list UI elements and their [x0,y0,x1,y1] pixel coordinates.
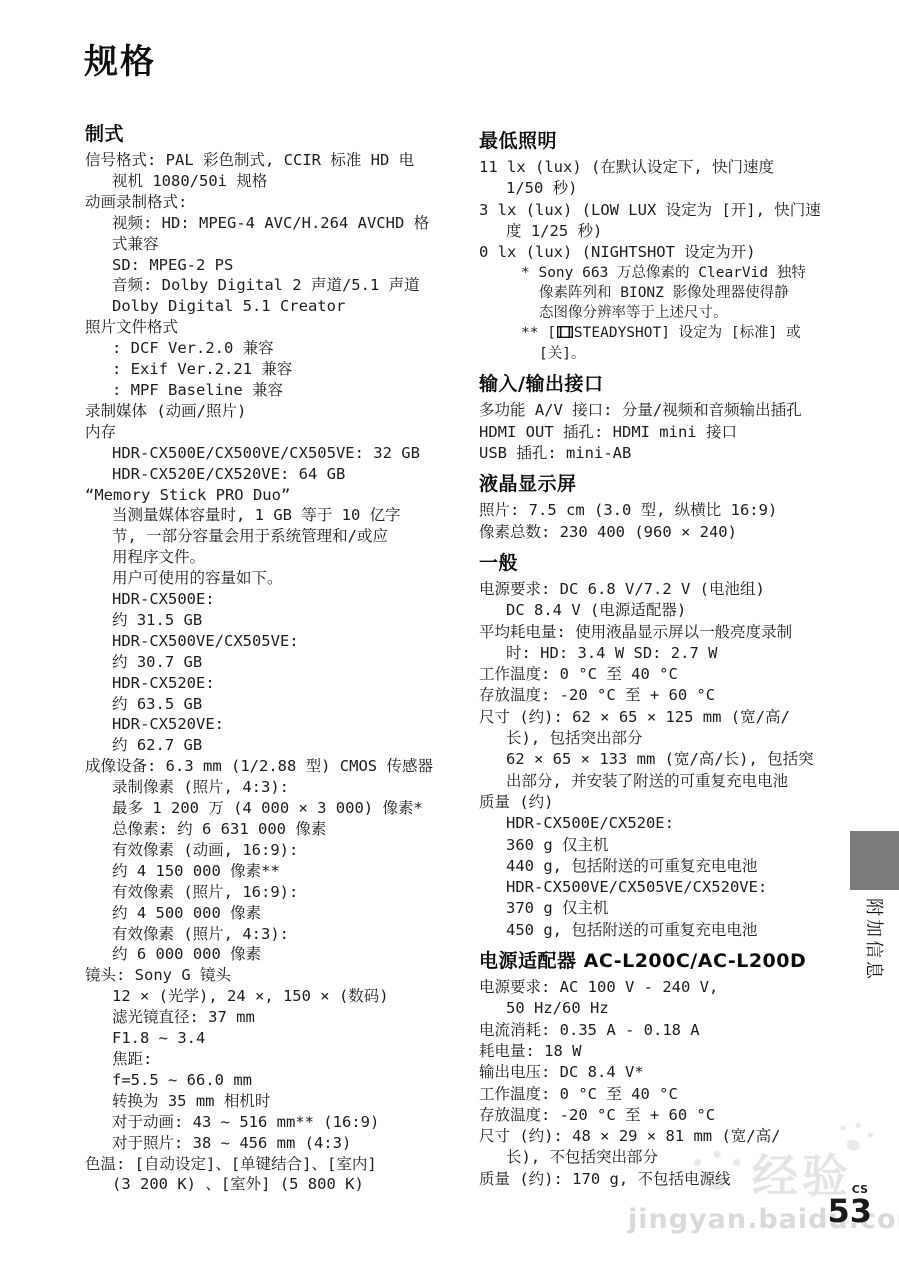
spec-line: 有效像素 (照片, 16:9): [85,882,471,903]
spec-line: HDR-CX500E: [85,589,471,610]
spec-line: HDR-CX500E/CX500VE/CX505VE: 32 GB [85,443,471,464]
spec-line: 信号格式: PAL 彩色制式, CCIR 标准 HD 电 [85,150,471,171]
spec-line: 耗电量: 18 W [479,1041,851,1062]
spec-line: f=5.5 ~ 66.0 mm [85,1070,471,1091]
spec-line: * Sony 663 万总像素的 ClearVid 独特 [479,263,851,283]
spec-line: 约 4 150 000 像素** [85,861,471,882]
spec-line: 3 lx (lux) (LOW LUX 设定为 [开], 快门速 [479,200,851,221]
spec-line: Dolby Digital 5.1 Creator [85,296,471,317]
section-heading: 制式 [85,123,471,146]
spec-line: 对于照片: 38 ~ 456 mm (4:3) [85,1133,471,1154]
spec-line: 焦距: [85,1049,471,1070]
spec-line: 约 62.7 GB [85,735,471,756]
spec-line: 电流消耗: 0.35 A - 0.18 A [479,1020,851,1041]
spec-line: F1.8 ~ 3.4 [85,1028,471,1049]
side-tab-label: 附加信息 [862,898,888,982]
spec-line: 450 g, 包括附送的可重复充电电池 [479,920,851,941]
spec-line: 对于动画: 43 ~ 516 mm** (16:9) [85,1112,471,1133]
spec-line: 视机 1080/50i 规格 [85,171,471,192]
spec-line: 尺寸 (约): 62 × 65 × 125 mm (宽/高/ [479,707,851,728]
section-heading: 一般 [479,552,851,575]
spec-line: 存放温度: -20 °C 至 + 60 °C [479,1105,851,1126]
spec-line: 成像设备: 6.3 mm (1/2.88 型) CMOS 传感器 [85,756,471,777]
page-number: 53 [827,1194,872,1228]
spec-line: 节, 一部分容量会用于系统管理和/或应 [85,526,471,547]
spec-line: 约 30.7 GB [85,652,471,673]
spec-line: 存放温度: -20 °C 至 + 60 °C [479,685,851,706]
spec-line: 用户可使用的容量如下。 [85,568,471,589]
spec-line: 内存 [85,422,471,443]
page-title: 规格 [84,34,156,83]
spec-line: HDR-CX500E/CX520E: [479,813,851,834]
spec-line: (3 200 K) 、[室外] (5 800 K) [85,1174,471,1195]
spec-line: 360 g 仅主机 [479,835,851,856]
spec-line: USB 插孔: mini-AB [479,443,851,464]
spec-line: 像素总数: 230 400 (960 × 240) [479,522,851,543]
spec-line: 平均耗电量: 使用液晶显示屏以一般亮度录制 [479,622,851,643]
spec-line: 370 g 仅主机 [479,898,851,919]
spec-line: 滤光镜直径: 37 mm [85,1007,471,1028]
spec-line: 动画录制格式: [85,192,471,213]
spec-line: “Memory Stick PRO Duo” [85,485,471,506]
spec-line: 约 63.5 GB [85,694,471,715]
spec-line: 50 Hz/60 Hz [479,998,851,1019]
spec-line: 时: HD: 3.4 W SD: 2.7 W [479,643,851,664]
spec-line: 录制像素 (照片, 4:3): [85,777,471,798]
spec-line: 照片: 7.5 cm (3.0 型, 纵横比 16:9) [479,500,851,521]
spec-line: ** [STEADYSHOT] 设定为 [标准] 或 [479,323,851,344]
spec-line: 电源要求: AC 100 V - 240 V, [479,977,851,998]
spec-line: 尺寸 (约): 48 × 29 × 81 mm (宽/高/ [479,1126,851,1147]
specs-left-column: 制式信号格式: PAL 彩色制式, CCIR 标准 HD 电视机 1080/50… [85,123,471,1195]
spec-line: 约 6 000 000 像素 [85,944,471,965]
spec-line: 工作温度: 0 °C 至 40 °C [479,664,851,685]
spec-line: 输出电压: DC 8.4 V* [479,1062,851,1083]
spec-line: 多功能 A/V 接口: 分量/视频和音频输出插孔 [479,400,851,421]
spec-line: 照片文件格式 [85,317,471,338]
spec-line: 式兼容 [85,234,471,255]
spec-line: 1/50 秒) [479,178,851,199]
spec-line: 电源要求: DC 6.8 V/7.2 V (电池组) [479,579,851,600]
spec-line: 62 × 65 × 133 mm (宽/高/长), 包括突 [479,749,851,770]
spec-line: 约 4 500 000 像素 [85,903,471,924]
spec-line: 最多 1 200 万 (4 000 × 3 000) 像素* [85,798,471,819]
spec-line: 0 lx (lux) (NIGHTSHOT 设定为开) [479,242,851,263]
section-heading: 最低照明 [479,130,851,153]
side-tab-marker [850,831,899,890]
spec-line: 质量 (约): 170 g, 不包括电源线 [479,1169,851,1190]
spec-line: 态图像分辨率等于上述尺寸。 [479,303,851,323]
spec-line: 11 lx (lux) (在默认设定下, 快门速度 [479,157,851,178]
section-heading: 液晶显示屏 [479,473,851,496]
spec-line: HDR-CX520E: [85,673,471,694]
spec-line: 长), 不包括突出部分 [479,1147,851,1168]
spec-line: 当测量媒体容量时, 1 GB 等于 10 亿字 [85,505,471,526]
spec-line: [关]。 [479,344,851,364]
spec-line: HDMI OUT 插孔: HDMI mini 接口 [479,422,851,443]
spec-line: 440 g, 包括附送的可重复充电电池 [479,856,851,877]
spec-line: 转换为 35 mm 相机时 [85,1091,471,1112]
section-heading: 电源适配器 AC-L200C/AC-L200D [479,950,851,973]
spec-line: : DCF Ver.2.0 兼容 [85,338,471,359]
spec-line: HDR-CX520VE: [85,714,471,735]
spec-line: 出部分, 并安装了附送的可重复充电电池 [479,771,851,792]
film-icon [557,324,573,344]
spec-line: 质量 (约) [479,792,851,813]
spec-line: 色温: [自动设定]、[单键结合]、[室内] [85,1154,471,1175]
spec-line: 有效像素 (照片, 4:3): [85,924,471,945]
spec-line: 总像素: 约 6 631 000 像素 [85,819,471,840]
spec-line: 视频: HD: MPEG-4 AVC/H.264 AVCHD 格 [85,213,471,234]
spec-line: 12 × (光学), 24 ×, 150 × (数码) [85,986,471,1007]
spec-line: DC 8.4 V (电源适配器) [479,600,851,621]
spec-line: 镜头: Sony G 镜头 [85,965,471,986]
spec-line: 长), 包括突出部分 [479,728,851,749]
spec-line: 度 1/25 秒) [479,221,851,242]
spec-line: SD: MPEG-2 PS [85,255,471,276]
spec-line: HDR-CX500VE/CX505VE: [85,631,471,652]
section-heading: 输入/输出接口 [479,373,851,396]
specs-right-column: 最低照明11 lx (lux) (在默认设定下, 快门速度1/50 秒)3 lx… [479,130,851,1190]
spec-line: 音频: Dolby Digital 2 声道/5.1 声道 [85,275,471,296]
spec-line: HDR-CX500VE/CX505VE/CX520VE: [479,877,851,898]
spec-line: 像素阵列和 BIONZ 影像处理器使得静 [479,283,851,303]
spec-line: 约 31.5 GB [85,610,471,631]
spec-line: 录制媒体 (动画/照片) [85,401,471,422]
spec-line: : MPF Baseline 兼容 [85,380,471,401]
spec-line: HDR-CX520E/CX520VE: 64 GB [85,464,471,485]
spec-line: 工作温度: 0 °C 至 40 °C [479,1084,851,1105]
spec-line: 有效像素 (动画, 16:9): [85,840,471,861]
spec-line: 用程序文件。 [85,547,471,568]
spec-line: : Exif Ver.2.21 兼容 [85,359,471,380]
